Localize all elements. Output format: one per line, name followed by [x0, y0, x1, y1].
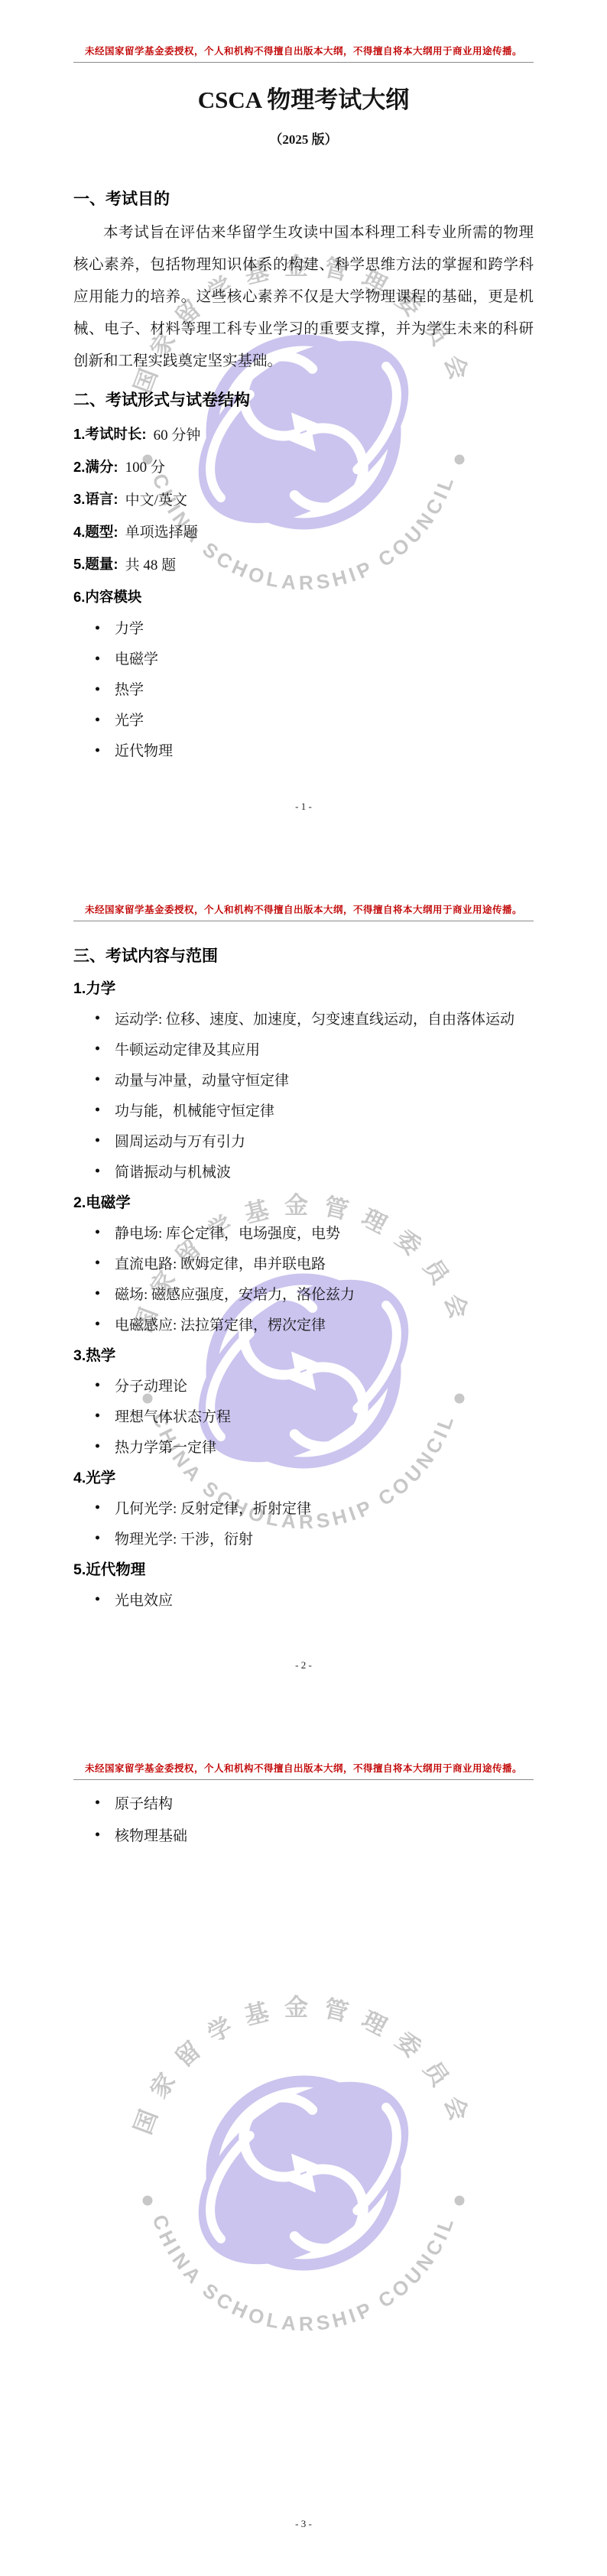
list-item: 近代物理 — [73, 735, 534, 765]
list-item-language: 3.语言: 中文/英文 — [73, 482, 534, 515]
copyright-notice: 未经国家留学基金委授权，个人和机构不得擅自出版本大纲，不得擅自将本大纲用于商业用… — [73, 0, 534, 63]
bullet-text: 运动学: 位移、速度、加速度，匀变速直线运动，自由落体运动 — [115, 1008, 514, 1028]
list-item-total-score: 2.满分: 100 分 — [73, 450, 534, 482]
bullet-text: 牛顿运动定律及其应用 — [115, 1038, 260, 1059]
copyright-notice-text: 未经国家留学基金委授权，个人和机构不得擅自出版本大纲，不得擅自将本大纲用于商业用… — [73, 1761, 534, 1775]
section-heading-purpose: 一、考试目的 — [73, 189, 534, 210]
purpose-paragraph: 本考试旨在评估来华留学生攻读中国本科理工科专业所需的物理核心素养，包括物理知识体… — [73, 217, 534, 378]
list-item: 热学 — [73, 674, 534, 704]
page-number: - 3 - — [0, 2518, 607, 2530]
item-value: 中文/英文 — [125, 489, 187, 509]
copyright-notice: 未经国家留学基金委授权，个人和机构不得擅自出版本大纲，不得擅自将本大纲用于商业用… — [73, 1717, 534, 1780]
copyright-notice-text: 未经国家留学基金委授权，个人和机构不得擅自出版本大纲，不得擅自将本大纲用于商业用… — [73, 902, 534, 916]
topic-heading-modern-physics: 5.近代物理 — [73, 1553, 534, 1584]
topic-heading-electromagnetism: 2.电磁学 — [73, 1186, 534, 1217]
list-item-content-modules: 6.内容模块 — [73, 580, 534, 612]
exam-format-list: 1.考试时长: 60 分钟 2.满分: 100 分 3.语言: 中文/英文 4.… — [73, 417, 534, 612]
list-item-question-count: 5.题量: 共 48 题 — [73, 547, 534, 580]
page-1: 国家留学基金管理委员会 CHINA SCHOLARSHIP COUNCIL 未经… — [0, 0, 607, 859]
bullet-text: 静电场: 库仑定律，电场强度，电势 — [115, 1222, 340, 1243]
list-item: 运动学: 位移、速度、加速度，匀变速直线运动，自由落体运动 — [73, 1002, 534, 1033]
topic-list: 1.力学 运动学: 位移、速度、加速度，匀变速直线运动，自由落体运动 牛顿运动定… — [73, 972, 534, 1614]
bullet-text: 动量与冲量，动量守恒定律 — [115, 1069, 289, 1090]
topic-heading-mechanics: 1.力学 — [73, 972, 534, 1002]
list-item: 几何光学: 反射定律，折射定律 — [73, 1492, 534, 1522]
copyright-notice: 未经国家留学基金委授权，个人和机构不得擅自出版本大纲，不得擅自将本大纲用于商业用… — [73, 859, 534, 921]
section-heading-format: 二、考试形式与试卷结构 — [73, 390, 534, 411]
bullet-text: 电磁学 — [115, 648, 158, 668]
list-item: 直流电路: 欧姆定律，串并联电路 — [73, 1247, 534, 1278]
bullet-text: 理想气体状态方程 — [115, 1405, 231, 1426]
bullet-text: 几何光学: 反射定律，折射定律 — [115, 1497, 311, 1518]
list-item: 电磁学 — [73, 643, 534, 674]
list-item: 热力学第一定律 — [73, 1431, 534, 1461]
item-value: 共 48 题 — [125, 554, 177, 574]
page-2: 国家留学基金管理委员会 CHINA SCHOLARSHIP COUNCIL 未经… — [0, 859, 607, 1717]
document-subtitle: （2025 版） — [73, 128, 534, 148]
item-label: 5.题量: — [73, 554, 118, 573]
modern-physics-continued-list: 原子结构 核物理基础 — [73, 1786, 534, 1850]
syllabus-document: 国家留学基金管理委员会 CHINA SCHOLARSHIP COUNCIL 未经… — [0, 0, 607, 2576]
bullet-text: 原子结构 — [115, 1792, 173, 1813]
bullet-text: 分子动理论 — [115, 1375, 187, 1395]
list-item: 牛顿运动定律及其应用 — [73, 1033, 534, 1064]
module-list: 力学 电磁学 热学 光学 近代物理 — [73, 612, 534, 765]
bullet-text: 热力学第一定律 — [115, 1436, 216, 1457]
bullet-text: 近代物理 — [115, 739, 173, 760]
list-item: 光电效应 — [73, 1584, 534, 1614]
seal-dot-left — [143, 2196, 153, 2206]
item-label: 3.语言: — [73, 489, 118, 508]
bullet-text: 圆周运动与万有引力 — [115, 1130, 245, 1151]
document-title: CSCA 物理考试大纲 — [73, 84, 534, 116]
bullet-text: 力学 — [115, 617, 144, 638]
list-item-question-type: 4.题型: 单项选择题 — [73, 515, 534, 547]
list-item: 电磁感应: 法拉第定律，楞次定律 — [73, 1308, 534, 1339]
page-number: - 2 - — [0, 1659, 607, 1671]
list-item-duration: 1.考试时长: 60 分钟 — [73, 417, 534, 450]
list-item: 理想气体状态方程 — [73, 1400, 534, 1431]
item-value: 60 分钟 — [154, 424, 201, 444]
page-number: - 1 - — [0, 801, 607, 813]
item-value: 单项选择题 — [125, 521, 198, 541]
bullet-text: 物理光学: 干涉，衍射 — [115, 1528, 253, 1548]
list-item: 动量与冲量，动量守恒定律 — [73, 1064, 534, 1094]
item-label: 2.满分: — [73, 456, 118, 476]
list-item: 磁场: 磁感应强度，安培力，洛伦兹力 — [73, 1278, 534, 1308]
list-item: 核物理基础 — [73, 1818, 534, 1850]
csc-logo-icon: 国家留学基金管理委员会 CHINA SCHOLARSHIP COUNCIL — [129, 1994, 478, 2335]
item-label: 1.考试时长: — [73, 424, 147, 443]
list-item: 功与能，机械能守恒定律 — [73, 1094, 534, 1125]
bullet-text: 热学 — [115, 678, 144, 699]
bullet-text: 光电效应 — [115, 1589, 173, 1610]
page-3: 国家留学基金管理委员会 CHINA SCHOLARSHIP COUNCIL 未经… — [0, 1717, 607, 2576]
bullet-text: 磁场: 磁感应强度，安培力，洛伦兹力 — [115, 1283, 355, 1304]
seal-dot-right — [455, 2196, 465, 2206]
list-item: 力学 — [73, 612, 534, 643]
topic-heading-optics: 4.光学 — [73, 1461, 534, 1492]
bullet-text: 核物理基础 — [115, 1824, 187, 1845]
item-label: 4.题型: — [73, 521, 118, 541]
topic-heading-thermodynamics: 3.热学 — [73, 1339, 534, 1369]
list-item: 物理光学: 干涉，衍射 — [73, 1522, 534, 1553]
list-item: 简谐振动与机械波 — [73, 1155, 534, 1186]
copyright-notice-text: 未经国家留学基金委授权，个人和机构不得擅自出版本大纲，不得擅自将本大纲用于商业用… — [73, 44, 534, 57]
bullet-text: 功与能，机械能守恒定律 — [115, 1100, 274, 1120]
list-item: 分子动理论 — [73, 1369, 534, 1400]
list-item: 光学 — [73, 704, 534, 735]
bullet-text: 光学 — [115, 709, 144, 729]
list-item: 原子结构 — [73, 1786, 534, 1818]
item-label: 6.内容模块 — [73, 586, 141, 606]
item-value: 100 分 — [125, 456, 165, 476]
list-item: 圆周运动与万有引力 — [73, 1125, 534, 1155]
bullet-text: 直流电路: 欧姆定律，串并联电路 — [115, 1252, 326, 1273]
list-item: 静电场: 库仑定律，电场强度，电势 — [73, 1217, 534, 1247]
bullet-text: 电磁感应: 法拉第定律，楞次定律 — [115, 1314, 326, 1334]
csc-watermark-seal: 国家留学基金管理委员会 CHINA SCHOLARSHIP COUNCIL — [89, 1959, 518, 2387]
bullet-text: 简谐振动与机械波 — [115, 1161, 231, 1181]
section-heading-content-scope: 三、考试内容与范围 — [73, 946, 534, 967]
